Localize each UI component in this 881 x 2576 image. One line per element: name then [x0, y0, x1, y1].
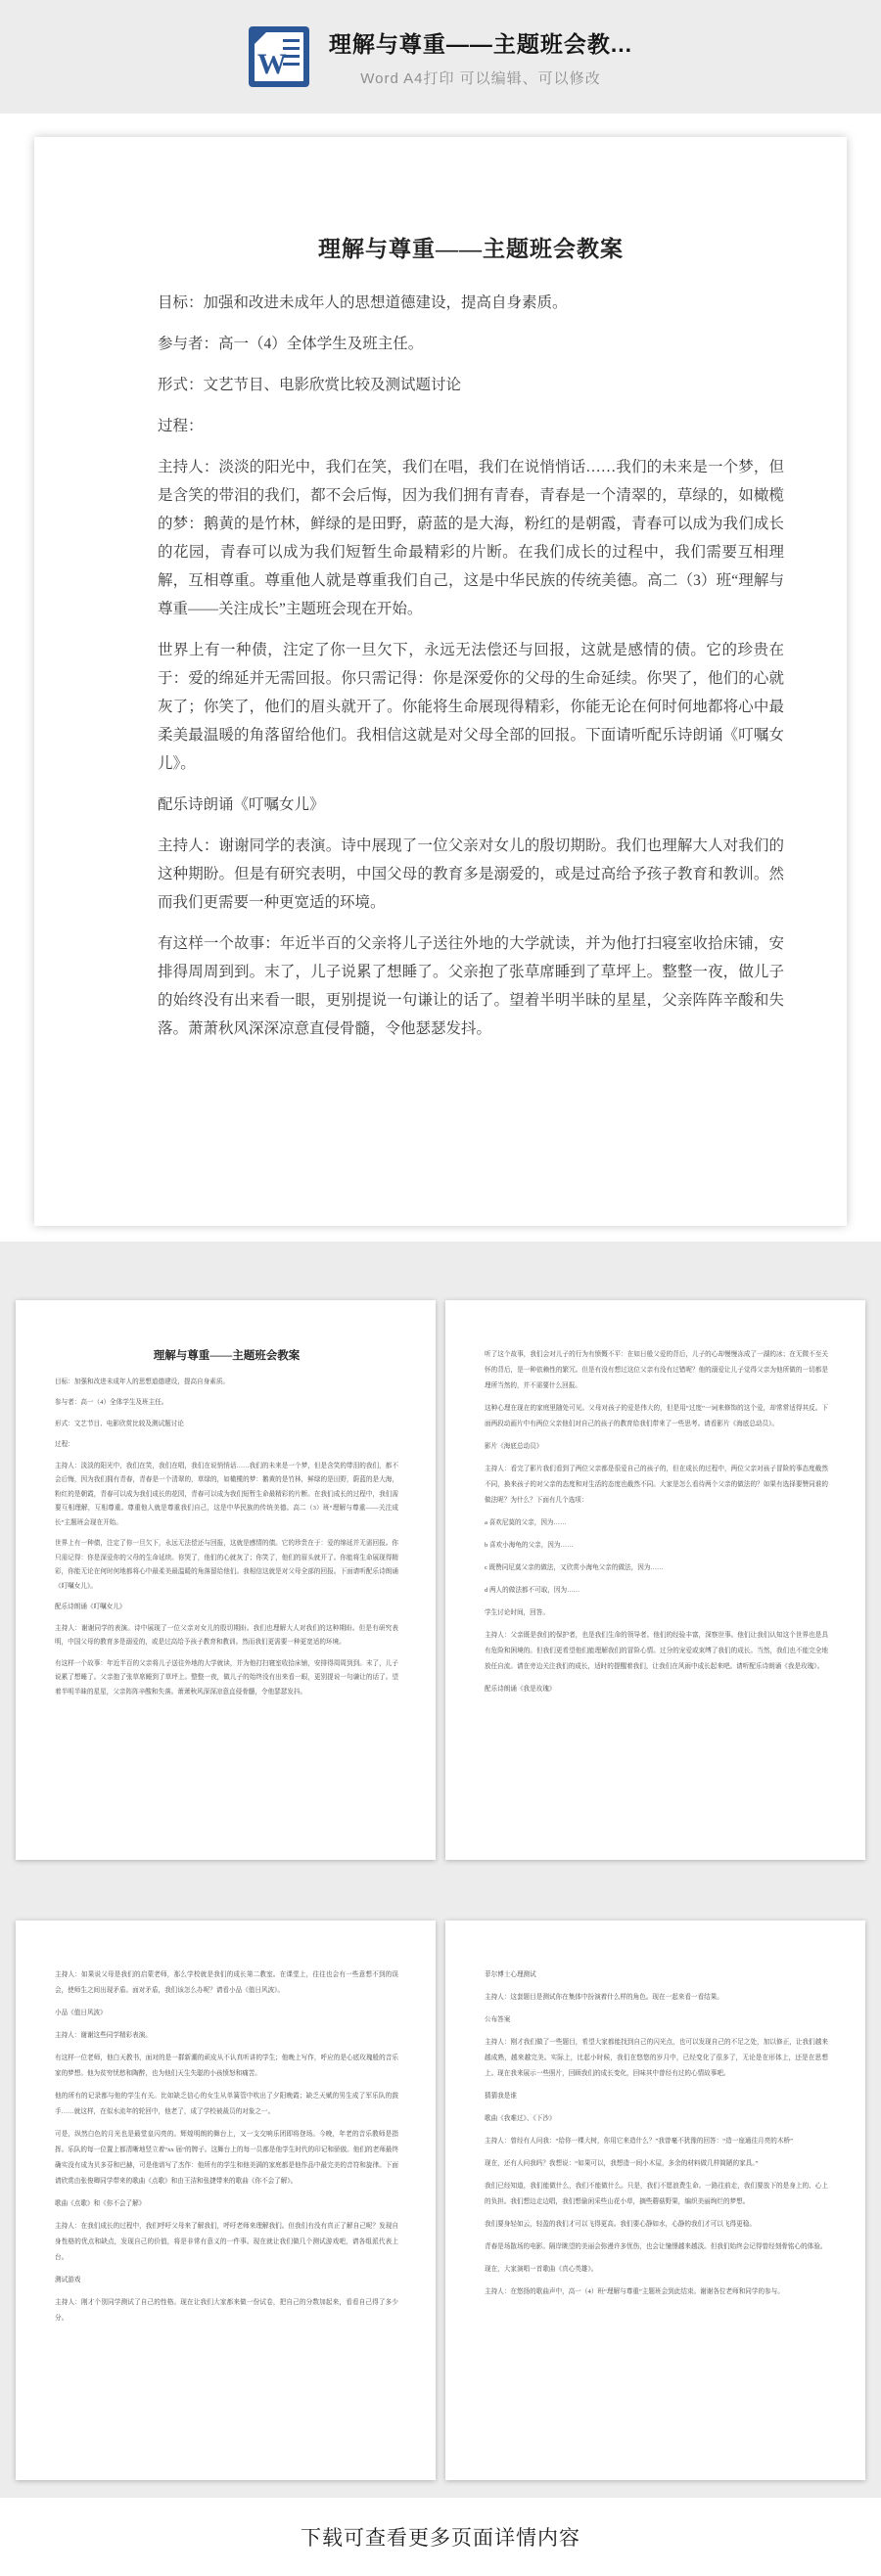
paragraph: 配乐诗朗诵《我是玫瑰》	[485, 1682, 828, 1697]
main-preview-section: 理解与尊重——主题班会教案 目标：加强和改进未成年人的思想道德建设，提高自身素质…	[0, 113, 881, 1242]
document-title: 理解与尊重——主题班会教...	[329, 26, 632, 59]
paragraph: 学生讨论时间，回答。	[485, 1605, 828, 1621]
paragraph: 有这样一位老师，他白天教书，面对的是一群新潮的顽皮从不认真听讲的学生；他晚上写作…	[55, 2051, 398, 2082]
thumbnail-page-title: 理解与尊重——主题班会教案	[55, 1349, 398, 1364]
more-pages-hint: 下载可查看更多页面详情内容	[301, 2522, 580, 2552]
paragraph: 青春是场散场的电影。隔岸眺望的美丽会弥漫许多忧伤，也会让憧憬越来越淡。但我们始终…	[485, 2239, 828, 2255]
document-subtitle: Word A4打印 可以编辑、可以修改	[360, 68, 600, 88]
paragraph: 现在，还有人问我吗？我想说：“如果可以，我想造一间小木屋，多余的材料做几样简陋的…	[485, 2156, 828, 2172]
page-thumbnail-1[interactable]: 理解与尊重——主题班会教案 目标：加强和改进未成年人的思想道德建设，提高自身素质…	[16, 1300, 436, 1860]
paragraph: 目标：加强和改进未成年人的思想道德建设，提高自身素质。	[158, 289, 784, 317]
paragraph: 形式：文艺节目、电影欣赏比较及测试题讨论	[158, 371, 784, 399]
paragraph: 歌曲《点歌》和《你不会了解》	[55, 2196, 398, 2212]
paragraph: 主持人：谢谢同学的表演。诗中展现了一位父亲对女儿的殷切期盼。我们也理解大人对我们…	[55, 1622, 398, 1650]
paragraph: 主持人：淡淡的阳光中，我们在笑，我们在唱，我们在说悄悄话……我们的未来是一个梦，…	[158, 453, 784, 623]
paragraph: 有这样一个故事：年近半百的父亲将儿子送往外地的大学就读，并为他打扫寝室收拾床铺，…	[158, 929, 784, 1043]
paragraph: 菲尔博士心理测试	[485, 1967, 828, 1983]
word-icon: W	[249, 26, 309, 87]
paragraph: 过程：	[158, 412, 784, 440]
paragraph: 主持人：刚才我们做了一些题目，希望大家都能找到自己的闪光点，也可以发现自己的不足…	[485, 2035, 828, 2082]
paragraph: 公布答案	[485, 2012, 828, 2028]
paragraph: 我们已经知道，我们能做什么，我们不能做什么。只是，我们不愿浪费生命。一路往前走，…	[485, 2179, 828, 2210]
paragraph: 可是，纵然白色的月光也是最堂皇闪亮的。辉煌明朗的舞台上，又一支交响乐团即将登场。…	[55, 2127, 398, 2190]
paragraph: 小品《值日风波》	[55, 2006, 398, 2021]
paragraph: 主持人：父亲既是我们的保护者，也是我们生命的领导者。他们的经验丰富，深察世事。他…	[485, 1628, 828, 1675]
header: W 理解与尊重——主题班会教... Word A4打印 可以编辑、可以修改	[0, 0, 881, 113]
page-thumbnail-4[interactable]: 菲尔博士心理测试主持人：这套题目是测试你在集体中扮演着什么样的角色。现在一起来看…	[445, 1921, 865, 2480]
paragraph: 主持人：在我们成长的过程中，我们呼吁父母来了解我们，呼吁老师来理解我们。但我们有…	[55, 2219, 398, 2266]
paragraph: 主持人：在悠扬的歌曲声中，高一（4）班“理解与尊重”主题班会到此结束。谢谢各位老…	[485, 2284, 828, 2300]
word-icon-fold	[255, 32, 266, 44]
paragraph: 主持人：谢谢这些同学精彩表演。	[55, 2028, 398, 2044]
page-body: 目标：加强和改进未成年人的思想道德建设，提高自身素质。参与者：高一（4）全体学生…	[158, 289, 784, 1043]
paragraph: 过程：	[55, 1438, 398, 1453]
page-title: 理解与尊重——主题班会教案	[158, 235, 784, 263]
paragraph: 有这样一个故事：年近半百的父亲将儿子送往外地的大学就读，并为他打扫寝室收拾床铺，…	[55, 1657, 398, 1700]
page-thumbnail-2[interactable]: 听了这个故事，我们会对儿子的行为有愤慨不平：在如日般父爱的背后，儿子的心却慢慢冻…	[445, 1300, 865, 1860]
paragraph: 参与者：高一（4）全体学生及班主任。	[158, 330, 784, 358]
paragraph: 形式：文艺节目、电影欣赏比较及测试题讨论	[55, 1418, 398, 1432]
paragraph: a 喜欢尼莫的父亲，因为……	[485, 1515, 828, 1531]
thumbnail-grid: 理解与尊重——主题班会教案 目标：加强和改进未成年人的思想道德建设，提高自身素质…	[0, 1242, 881, 2498]
page-preview-1[interactable]: 理解与尊重——主题班会教案 目标：加强和改进未成年人的思想道德建设，提高自身素质…	[34, 137, 847, 1226]
paragraph: 主持人：谢谢同学的表演。诗中展现了一位父亲对女儿的殷切期盼。我们也理解大人对我们…	[158, 832, 784, 917]
paragraph: 听了这个故事，我们会对儿子的行为有愤慨不平：在如日般父爱的背后，儿子的心却慢慢冻…	[485, 1347, 828, 1394]
paragraph: 现在，大家演唱一首歌曲《真心英雄》。	[485, 2262, 828, 2278]
paragraph: 猜猜我是谁	[485, 2089, 828, 2104]
paragraph: 目标：加强和改进未成年人的思想道德建设，提高自身素质。	[55, 1376, 398, 1390]
paragraph: 主持人：如果说父母是我们的启蒙老师，那么学校就是我们的成长第二教室。在课堂上，往…	[55, 1967, 398, 1999]
word-icon-letter: W	[257, 50, 287, 79]
paragraph: 他的所有的记录都与他的学生有关。比如缺乏信心的女生从单簧管中吹出了夕阳晚霞；缺乏…	[55, 2089, 398, 2120]
paragraph: d 两人的做法都不可取，因为……	[485, 1583, 828, 1599]
paragraph: 歌曲《我难过》、《下沙》	[485, 2111, 828, 2127]
paragraph: 测试游戏	[55, 2273, 398, 2288]
paragraph: 主持人：刚才个别同学测试了自己的性格。现在让我们大家都来做一份试卷，把自己的分数…	[55, 2295, 398, 2327]
paragraph: c 既赞同尼莫父亲的做法，又欣赏小海龟父亲的做法，因为……	[485, 1560, 828, 1576]
page-thumbnail-3[interactable]: 主持人：如果说父母是我们的启蒙老师，那么学校就是我们的成长第二教室。在课堂上，往…	[16, 1921, 436, 2480]
header-inner: W 理解与尊重——主题班会教... Word A4打印 可以编辑、可以修改	[249, 26, 632, 88]
paragraph: 世界上有一种债，注定了你一旦欠下，永远无法偿还与回报，这就是感情的债。它的珍贵在…	[158, 636, 784, 778]
footer: 下载可查看更多页面详情内容	[0, 2498, 881, 2576]
header-text: 理解与尊重——主题班会教... Word A4打印 可以编辑、可以修改	[329, 26, 632, 88]
paragraph: 这种心理在现在的家庭里随处可见。父母对孩子的爱是伟大的，但是用“过度”一词来修饰…	[485, 1401, 828, 1432]
paragraph: 我们要身轻如云，轻盈的我们才可以飞得更高。我们要心静如水，心静的我们才可以飞得更…	[485, 2217, 828, 2233]
thumbnail-body: 菲尔博士心理测试主持人：这套题目是测试你在集体中扮演着什么样的角色。现在一起来看…	[485, 1967, 828, 2300]
paragraph: 主持人：曾经有人问我：“给你一棵大树，你用它来造什么？”我曾毫不犹豫的回答：“造…	[485, 2134, 828, 2149]
paragraph: 参与者：高一（4）全体学生及班主任。	[55, 1396, 398, 1411]
paragraph: 主持人：淡淡的阳光中，我们在笑，我们在唱，我们在说悄悄话……我们的未来是一个梦，…	[55, 1460, 398, 1531]
paragraph: 影片《海底总动员》	[485, 1439, 828, 1455]
paragraph: 主持人：看完了影片我们看到了两位父亲都是很爱自己的孩子的，但在成长的过程中，两位…	[485, 1462, 828, 1509]
paragraph: b 喜欢小海龟的父亲，因为……	[485, 1538, 828, 1554]
thumbnail-body: 主持人：如果说父母是我们的启蒙老师，那么学校就是我们的成长第二教室。在课堂上，往…	[55, 1967, 398, 2327]
thumbnail-body: 听了这个故事，我们会对儿子的行为有愤慨不平：在如日般父爱的背后，儿子的心却慢慢冻…	[485, 1347, 828, 1697]
paragraph: 配乐诗朗诵《叮嘱女儿》	[55, 1601, 398, 1615]
thumbnail-body: 目标：加强和改进未成年人的思想道德建设，提高自身素质。参与者：高一（4）全体学生…	[55, 1376, 398, 1700]
paragraph: 主持人：这套题目是测试你在集体中扮演着什么样的角色。现在一起来看一看结果。	[485, 1990, 828, 2006]
paragraph: 世界上有一种债，注定了你一旦欠下，永远无法偿还与回报，这就是感情的债。它的珍贵在…	[55, 1537, 398, 1594]
paragraph: 配乐诗朗诵《叮嘱女儿》	[158, 791, 784, 819]
